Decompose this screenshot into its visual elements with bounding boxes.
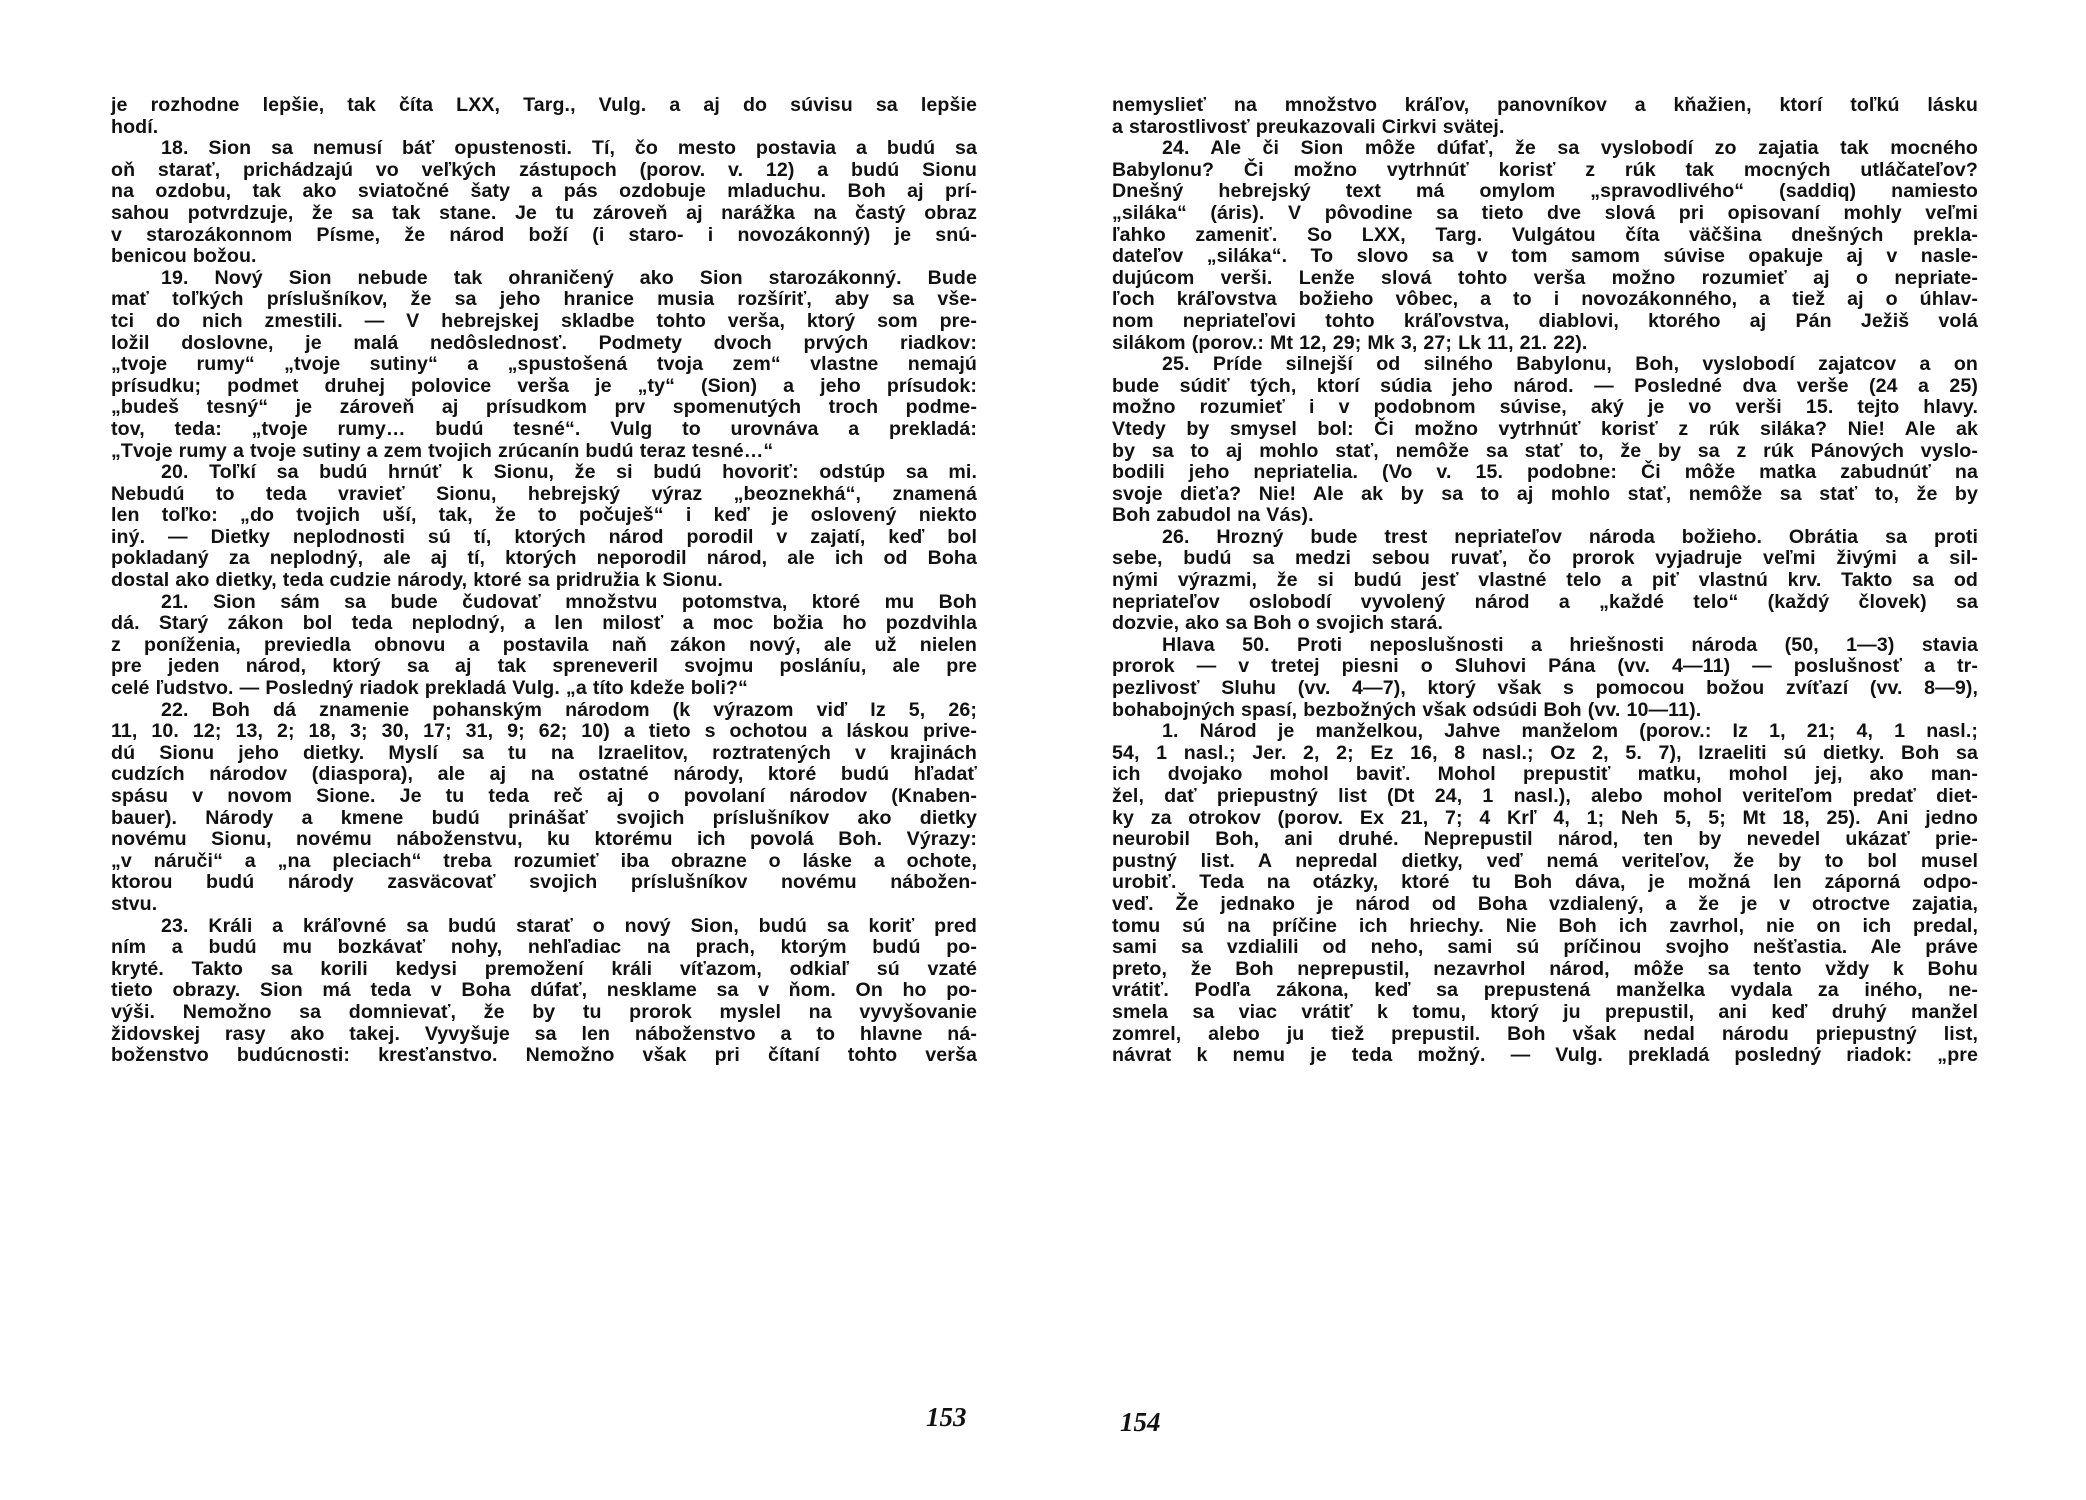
text-line: na ozdobu, tak ako sviatočné šaty a pás … xyxy=(111,181,977,203)
text-line: 11, 10. 12; 13, 2; 18, 3; 30, 17; 31, 9;… xyxy=(111,721,977,743)
text-line: tomu sú na príčine ich hriechy. Nie Boh … xyxy=(1112,916,1978,938)
text-line: spásu v novom Sione. Je tu teda reč aj o… xyxy=(111,786,977,808)
text-line: 22. Boh dá znamenie pohanským národom (k… xyxy=(111,700,977,722)
text-line: návrat k nemu je teda možný. — Vulg. pre… xyxy=(1112,1045,1978,1067)
text-line: svoje dieťa? Nie! Ale ak by sa to aj moh… xyxy=(1112,484,1978,506)
text-line: len toľko: „do tvojich uší, tak, že to p… xyxy=(111,505,977,527)
text-line: neurobil Boh, ani druhé. Neprepustil nár… xyxy=(1112,829,1978,851)
text-line: Babylonu? Či možno vytrhnúť korisť z rúk… xyxy=(1112,160,1978,182)
text-line: možno rozumieť i v podobnom súvise, aký … xyxy=(1112,397,1978,419)
text-line: „siláka“ (áris). V pôvodine sa tieto dve… xyxy=(1112,203,1978,225)
text-line: hodí. xyxy=(111,117,977,139)
text-line: „Tvoje rumy a tvoje sutiny a zem tvojich… xyxy=(111,441,977,463)
text-line: urobiť. Teda na otázky, ktoré tu Boh dáv… xyxy=(1112,872,1978,894)
text-line: preto, že Boh neprepustil, nezavrhol nár… xyxy=(1112,959,1978,981)
text-line: Vtedy by smysel bol: Či možno vytrhnúť k… xyxy=(1112,419,1978,441)
text-line: zomrel, alebo ju tiež prepustil. Boh vša… xyxy=(1112,1024,1978,1046)
text-line: tieto obrazy. Sion má teda v Boha dúfať,… xyxy=(111,980,977,1002)
text-line: bohabojných spasí, bezbožných však odsúd… xyxy=(1112,700,1978,722)
text-line: Nebudú to teda vravieť Sionu, hebrejský … xyxy=(111,484,977,506)
text-line: Dnešný hebrejský text má omylom „spravod… xyxy=(1112,181,1978,203)
text-line: smela sa viac vrátiť k tomu, ktorý ju pr… xyxy=(1112,1002,1978,1024)
text-line: bauer). Národy a kmene budú prinášať svo… xyxy=(111,808,977,830)
text-line: celé ľudstvo. — Posledný riadok prekladá… xyxy=(111,678,977,700)
text-line: kryté. Takto sa korili kedysi premožení … xyxy=(111,959,977,981)
text-line: ním a budú mu bozkávať nohy, nehľadiac n… xyxy=(111,937,977,959)
page-number-154: 154 xyxy=(1120,1407,1161,1438)
text-line: veď. Že jednako je národ od Boha vzdiale… xyxy=(1112,894,1978,916)
text-line: a starostlivosť preukazovali Cirkvi svät… xyxy=(1112,117,1978,139)
text-line: dú Sionu jeho dietky. Myslí sa tu na Izr… xyxy=(111,743,977,765)
text-line: ky za otrokov (porov. Ex 21, 7; 4 Krľ 4,… xyxy=(1112,808,1978,830)
text-line: prorok — v tretej piesni o Sluhovi Pána … xyxy=(1112,656,1978,678)
text-line: by sa to aj mohlo stať, nemôže sa stať t… xyxy=(1112,441,1978,463)
right-page: nemyslieť na množstvo kráľov, panovníkov… xyxy=(1112,95,1978,1067)
text-line: bude súdiť tých, ktorí súdia jeho národ.… xyxy=(1112,376,1978,398)
text-line: 19. Nový Sion nebude tak ohraničený ako … xyxy=(111,268,977,290)
text-line: tov, teda: „tvoje rumy… budú tesné“. Vul… xyxy=(111,419,977,441)
text-line: pustný list. A nepredal dietky, veď nemá… xyxy=(1112,851,1978,873)
text-line: „budeš tesný“ je zároveň aj prísudkom pr… xyxy=(111,397,977,419)
text-line: 23. Králi a kráľovné sa budú starať o no… xyxy=(111,916,977,938)
left-page-text: je rozhodne lepšie, tak číta LXX, Targ.,… xyxy=(111,95,977,1067)
text-line: je rozhodne lepšie, tak číta LXX, Targ.,… xyxy=(111,95,977,117)
text-line: ich dvojako mohol baviť. Mohol prepustiť… xyxy=(1112,764,1978,786)
text-line: vrátiť. Podľa zákona, keď sa prepustená … xyxy=(1112,980,1978,1002)
text-line: 1. Národ je manželkou, Jahve manželom (p… xyxy=(1112,721,1978,743)
text-line: benicou božou. xyxy=(111,246,977,268)
text-line: silákom (porov.: Mt 12, 29; Mk 3, 27; Lk… xyxy=(1112,333,1978,355)
right-page-text: nemyslieť na množstvo kráľov, panovníkov… xyxy=(1112,95,1978,1067)
text-line: nými výrazmi, že si budú jesť vlastné te… xyxy=(1112,570,1978,592)
text-line: sami sa vzdialili od neho, sami sú príči… xyxy=(1112,937,1978,959)
text-line: z poníženia, previedla obnovu a postavil… xyxy=(111,635,977,657)
text-line: 25. Príde silnejší od silného Babylonu, … xyxy=(1112,354,1978,376)
page-number-153: 153 xyxy=(926,1402,967,1433)
text-line: boženstvo budúcnosti: kresťanstvo. Nemož… xyxy=(111,1045,977,1067)
text-line: iný. — Dietky neplodnosti sú tí, ktorých… xyxy=(111,527,977,549)
text-line: dostal ako dietky, teda cudzie národy, k… xyxy=(111,570,977,592)
text-line: 18. Sion sa nemusí báť opustenosti. Tí, … xyxy=(111,138,977,160)
text-line: ložil doslovne, je malá nedôslednosť. Po… xyxy=(111,333,977,355)
text-line: dujúcom verši. Lenže slová tohto verša m… xyxy=(1112,268,1978,290)
text-line: žel, dať priepustný list (Dt 24, 1 nasl.… xyxy=(1112,786,1978,808)
text-line: pokladaný za neplodný, ale aj tí, ktorýc… xyxy=(111,548,977,570)
text-line: pezlivosť Sluhu (vv. 4—7), ktorý však s … xyxy=(1112,678,1978,700)
text-line: 20. Toľkí sa budú hrnúť k Sionu, že si b… xyxy=(111,462,977,484)
text-line: „v náruči“ a „na pleciach“ treba rozumie… xyxy=(111,851,977,873)
text-line: stvu. xyxy=(111,894,977,916)
text-line: tci do nich zmestili. — V hebrejskej skl… xyxy=(111,311,977,333)
text-line: oň starať, prichádzajú vo veľkých zástup… xyxy=(111,160,977,182)
text-line: dá. Starý zákon bol teda neplodný, a len… xyxy=(111,613,977,635)
text-line: mať toľkých príslušníkov, že sa jeho hra… xyxy=(111,289,977,311)
text-line: bodili jeho nepriatelia. (Vo v. 15. podo… xyxy=(1112,462,1978,484)
text-line: prísudku; podmet druhej polovice verša j… xyxy=(111,376,977,398)
text-line: novému Sionu, novému náboženstvu, ku kto… xyxy=(111,829,977,851)
text-line: sebe, budú sa medzi sebou ruvať, čo pror… xyxy=(1112,548,1978,570)
text-line: 54, 1 nasl.; Jer. 2, 2; Ez 16, 8 nasl.; … xyxy=(1112,743,1978,765)
text-line: nom nepriateľovi tohto kráľovstva, diabl… xyxy=(1112,311,1978,333)
text-line: v starozákonnom Písme, že národ boží (i … xyxy=(111,225,977,247)
text-line: 24. Ale či Sion môže dúfať, že sa vyslob… xyxy=(1112,138,1978,160)
text-line: cudzích národov (diaspora), ale aj na os… xyxy=(111,764,977,786)
text-line: Boh zabudol na Vás). xyxy=(1112,505,1978,527)
text-line: dateľov „siláka“. To slovo sa v tom samo… xyxy=(1112,246,1978,268)
text-line: ľoch kráľovstva božieho vôbec, a to i no… xyxy=(1112,289,1978,311)
text-line: nepriateľov oslobodí vyvolený národ a „k… xyxy=(1112,592,1978,614)
text-line: „tvoje rumy“ „tvoje sutiny“ a „spustošen… xyxy=(111,354,977,376)
text-line: ktorou budú národy zasväcovať svojich pr… xyxy=(111,872,977,894)
text-line: nemyslieť na množstvo kráľov, panovníkov… xyxy=(1112,95,1978,117)
text-line: Hlava 50. Proti neposlušnosti a hriešnos… xyxy=(1112,635,1978,657)
text-line: židovskej rasy ako takej. Vyvyšuje sa le… xyxy=(111,1024,977,1046)
text-line: výši. Nemožno sa domnievať, že by tu pro… xyxy=(111,1002,977,1024)
text-line: dozvie, ako sa Boh o svojich stará. xyxy=(1112,613,1978,635)
text-line: ľahko zameniť. So LXX, Targ. Vulgátou čí… xyxy=(1112,225,1978,247)
text-line: pre jeden národ, ktorý sa aj tak sprenev… xyxy=(111,656,977,678)
left-page: je rozhodne lepšie, tak číta LXX, Targ.,… xyxy=(111,95,977,1067)
text-line: sahou potvrdzuje, že sa tak stane. Je tu… xyxy=(111,203,977,225)
text-line: 26. Hrozný bude trest nepriateľov národa… xyxy=(1112,527,1978,549)
text-line: 21. Sion sám sa bude čudovať množstvu po… xyxy=(111,592,977,614)
